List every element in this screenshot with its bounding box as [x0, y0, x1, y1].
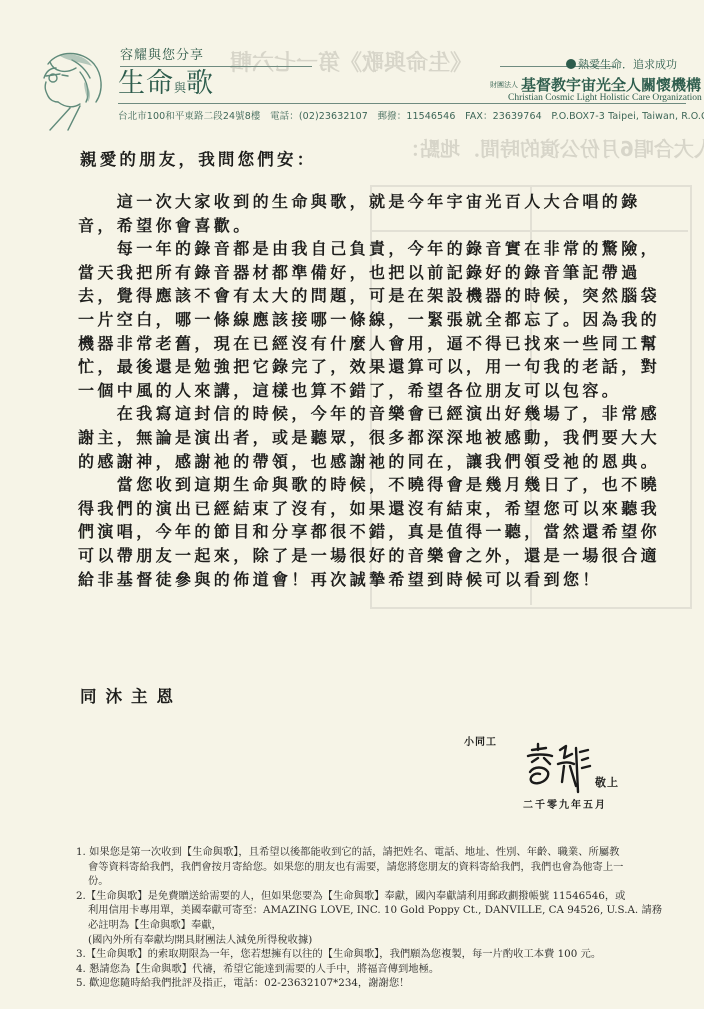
footnote-continuation: 利用信用卡專用單，美國奉獻可寄至：AMAZING LOVE, INC. 10 G…	[76, 903, 676, 918]
footnote-continuation: 必註明為【生命與歌】奉獻，	[76, 918, 676, 933]
footnote-item: 2.【生命與歌】是免費贈送給需要的人，但如果您要為【生命與歌】奉獻，國內奉獻請利…	[76, 889, 676, 947]
letter-line: 們演唱，今年的節目和分享都很不錯，真是值得一聽，當然還希望你	[78, 520, 648, 544]
handwritten-signature	[524, 742, 594, 794]
organization-prefix: 財團法人	[490, 81, 518, 89]
footnote-text: 3.【生命與歌】的索取期限為一年，您若想擁有以往的【生命與歌】，我們願為您複製，…	[76, 948, 601, 960]
footnote-text: 2.【生命與歌】是免費贈送給需要的人，但如果您要為【生命與歌】奉獻，國內奉獻請利…	[76, 890, 625, 902]
brand-title-small: 與	[174, 81, 186, 95]
footnote-item: 1. 如果您是第一次收到【生命與歌】，且希望以後都能收到它的話，請把姓名、電話、…	[76, 845, 676, 889]
footnote-text: 4. 懇請您為【生命與歌】代禱，希望它能達到需要的人手中，將福音傳到地極。	[76, 963, 439, 975]
brand-title: 生命與歌	[118, 68, 214, 104]
bleed-through-subtitle: 百人大合唱6月份公演的時間．地點：	[400, 133, 704, 162]
letterhead-divider	[118, 103, 686, 104]
letter-paragraph: 當您收到這期生命與歌的時候，不曉得會是幾月幾日了，也不曉得我們的演出已經結束了沒…	[78, 473, 648, 591]
letter-line: 一片空白，哪一條線應該接哪一條線，一緊張就全都忘了。因為我的	[78, 308, 648, 332]
letter-line: 當天我把所有錄音器材都準備好，也把以前記錄好的錄音筆記帶過	[78, 261, 648, 285]
footnote-text: 5. 歡迎您隨時給我們批評及指正，電話：02-23632107*234，謝謝您！	[76, 977, 409, 989]
letter-line: 一個中風的人來講，這樣也算不錯了，希望各位朋友可以包容。	[78, 379, 648, 403]
letter-line: 謝主，無論是演出者，或是聽眾，很多都深深地被感動，我們要大大	[78, 426, 648, 450]
motto-text: 熱愛生命．追求成功	[578, 58, 677, 71]
letter-salutation: 親愛的朋友，我問您們安：	[80, 146, 316, 170]
letter-closing: 同沐主恩	[80, 683, 182, 707]
organization-name-en: Christian Cosmic Light Holistic Care Org…	[508, 93, 702, 103]
letter-date: 二千零九年五月	[523, 796, 607, 811]
letter-line: 每一年的錄音都是由我自己負責，今年的錄音實在非常的驚險，	[78, 237, 648, 261]
letter-line: 得我們的演出已經結束了沒有，如果還沒有結束，希望您可以來聽我	[78, 497, 648, 521]
letter-line: 給非基督徒參與的佈道會！再次誠摯希望到時候可以看到您！	[78, 568, 648, 592]
letter-line: 可以帶朋友一起來，除了是一場很好的音樂會之外，還是一場很合適	[78, 544, 648, 568]
letter-line: 當您收到這期生命與歌的時候，不曉得會是幾月幾日了，也不曉	[78, 473, 648, 497]
letterhead-rule	[120, 66, 312, 67]
letter-line: 音，希望你會喜歡。	[78, 214, 648, 238]
letter-line: 在我寫這封信的時候，今年的音樂會已經演出好幾場了，非常感	[78, 402, 648, 426]
footnote-continuation: (國內外所有奉獻均開具財團法人減免所得稅收據)	[76, 933, 676, 948]
brand-title-part: 歌	[186, 68, 214, 99]
sketch-portrait-icon	[10, 42, 110, 132]
bleed-through-title: 《生命與歌》第一七六輯	[230, 46, 472, 77]
sender-label: 小同工	[464, 733, 497, 748]
letter-body: 這一次大家收到的生命與歌，就是今年宇宙光百人大合唱的錄音，希望你會喜歡。 每一年…	[78, 190, 648, 591]
footnotes: 1. 如果您是第一次收到【生命與歌】，且希望以後都能收到它的話，請把姓名、電話、…	[76, 845, 676, 991]
brand-title-part: 生命	[118, 68, 174, 99]
organization-name-cn: 財團法人基督教宇宙光全人關懷機構	[490, 74, 701, 95]
letter-line: 去，覺得應該不會有太大的問題，可是在架設機器的時候，突然腦袋	[78, 284, 648, 308]
letter-line: 忙，最後還是勉強把它錄完了，效果還算可以，用一句我的老話，對	[78, 355, 648, 379]
organization-address: 台北市100和平東路二段24號8樓 電話：(02)23632107 郵撥：115…	[118, 108, 704, 122]
letter-line: 機器非常老舊，現在已經沒有什麼人會用，逼不得已找來一些同工幫	[78, 332, 648, 356]
organization-name-text: 基督教宇宙光全人關懷機構	[521, 76, 701, 94]
footnote-continuation: 會等資料寄給我們，我們會按月寄給您。如果您的朋友也有需要，請您將您朋友的資料寄給…	[76, 860, 676, 875]
letter-paragraph: 每一年的錄音都是由我自己負責，今年的錄音實在非常的驚險，當天我把所有錄音器材都準…	[78, 237, 648, 402]
letter-line: 的感謝神，感謝祂的帶領，也感謝祂的同在，讓我們領受祂的恩典。	[78, 450, 648, 474]
organization-motto: 熱愛生命．追求成功	[566, 56, 677, 72]
footnote-continuation: 份。	[76, 874, 676, 889]
footnote-item: 4. 懇請您為【生命與歌】代禱，希望它能達到需要的人手中，將福音傳到地極。	[76, 962, 676, 977]
footnote-item: 3.【生命與歌】的索取期限為一年，您若想擁有以往的【生命與歌】，我們願為您複製，…	[76, 947, 676, 962]
letterhead-tagline: 容耀與您分享	[120, 44, 204, 63]
letter-paragraph: 這一次大家收到的生命與歌，就是今年宇宙光百人大合唱的錄音，希望你會喜歡。	[78, 190, 648, 237]
letter-line: 這一次大家收到的生命與歌，就是今年宇宙光百人大合唱的錄	[78, 190, 648, 214]
letter-paragraph: 在我寫這封信的時候，今年的音樂會已經演出好幾場了，非常感謝主，無論是演出者，或是…	[78, 402, 648, 473]
footnote-text: 1. 如果您是第一次收到【生命與歌】，且希望以後都能收到它的話，請把姓名、電話、…	[76, 846, 619, 858]
circle-badge-icon	[566, 59, 576, 69]
footnote-item: 5. 歡迎您隨時給我們批評及指正，電話：02-23632107*234，謝謝您！	[76, 976, 676, 991]
signoff-respect: 敬上	[595, 774, 619, 790]
